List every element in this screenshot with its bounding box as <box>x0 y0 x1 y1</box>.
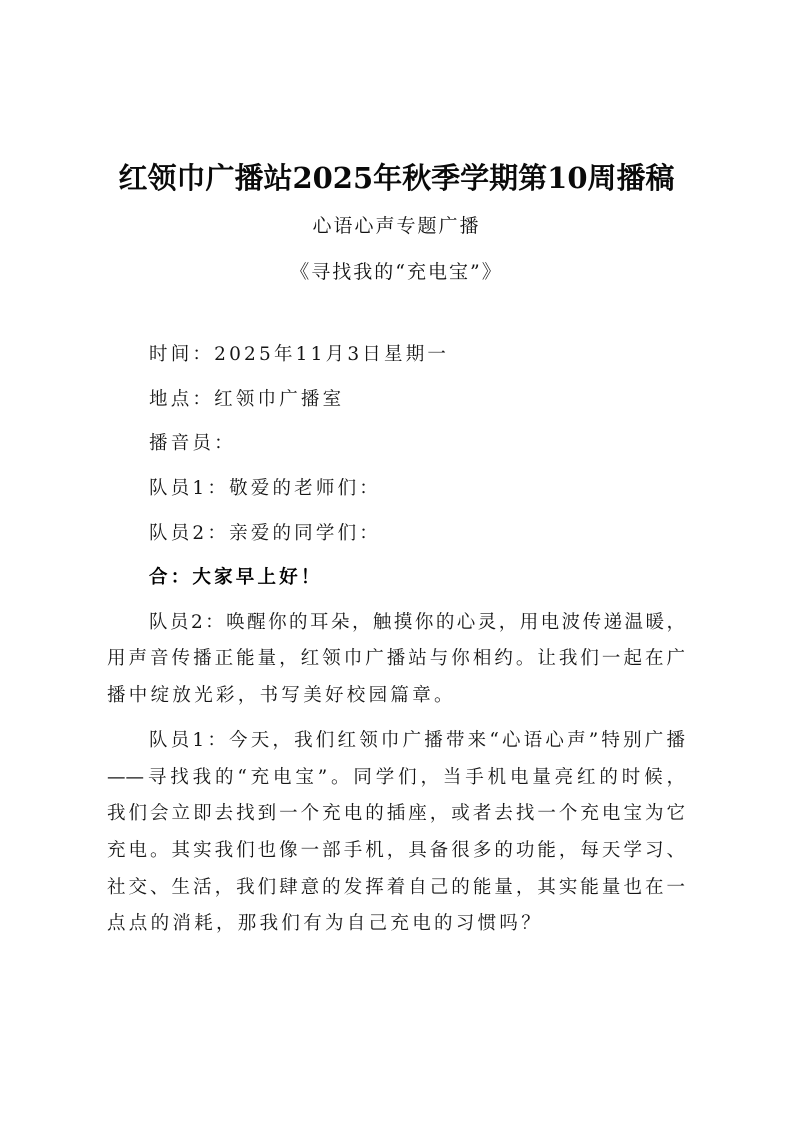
paragraph-line: 我们会立即去找到一个充电的插座，或者去找一个充电宝为它 <box>107 802 685 826</box>
greeting-member1: 队员1：敬爱的老师们： <box>149 477 381 501</box>
paragraph-line: 队员2：唤醒你的耳朵，触摸你的心灵，用电波传递温暖， <box>149 611 685 635</box>
paragraph-line: 充电。其实我们也像一部手机，具备很多的功能，每天学习、 <box>107 839 685 863</box>
paragraph-line: 队员1：今天，我们红领巾广播带来“心语心声”特别广播 <box>149 729 685 753</box>
meta-location: 地点：红领巾广播室 <box>149 388 344 412</box>
paragraph-line: 播中绽放光彩，书写美好校园篇章。 <box>107 684 685 708</box>
greeting-together: 合：大家早上好！ <box>149 566 323 590</box>
broadcast-topic: 《寻找我的“充电宝”》 <box>0 259 793 285</box>
document-title: 红领巾广播站2025年秋季学期第10周播稿 <box>0 160 793 196</box>
meta-time: 时间：2025年11月3日星期一 <box>149 343 449 367</box>
document-subtitle: 心语心声专题广播 <box>0 213 793 239</box>
document-page: 红领巾广播站2025年秋季学期第10周播稿 心语心声专题广播 《寻找我的“充电宝… <box>0 0 793 1122</box>
greeting-member2: 队员2：亲爱的同学们： <box>149 522 381 546</box>
paragraph-line: 点点的消耗，那我们有为自己充电的习惯吗？ <box>107 912 685 936</box>
paragraph-line: 用声音传播正能量，红领巾广播站与你相约。让我们一起在广 <box>107 647 685 671</box>
paragraph-line: 社交、生活，我们肆意的发挥着自己的能量，其实能量也在一 <box>107 876 685 900</box>
paragraph-line: ——寻找我的“充电宝”。同学们，当手机电量亮红的时候， <box>107 766 685 790</box>
meta-announcer: 播音员： <box>149 432 236 456</box>
